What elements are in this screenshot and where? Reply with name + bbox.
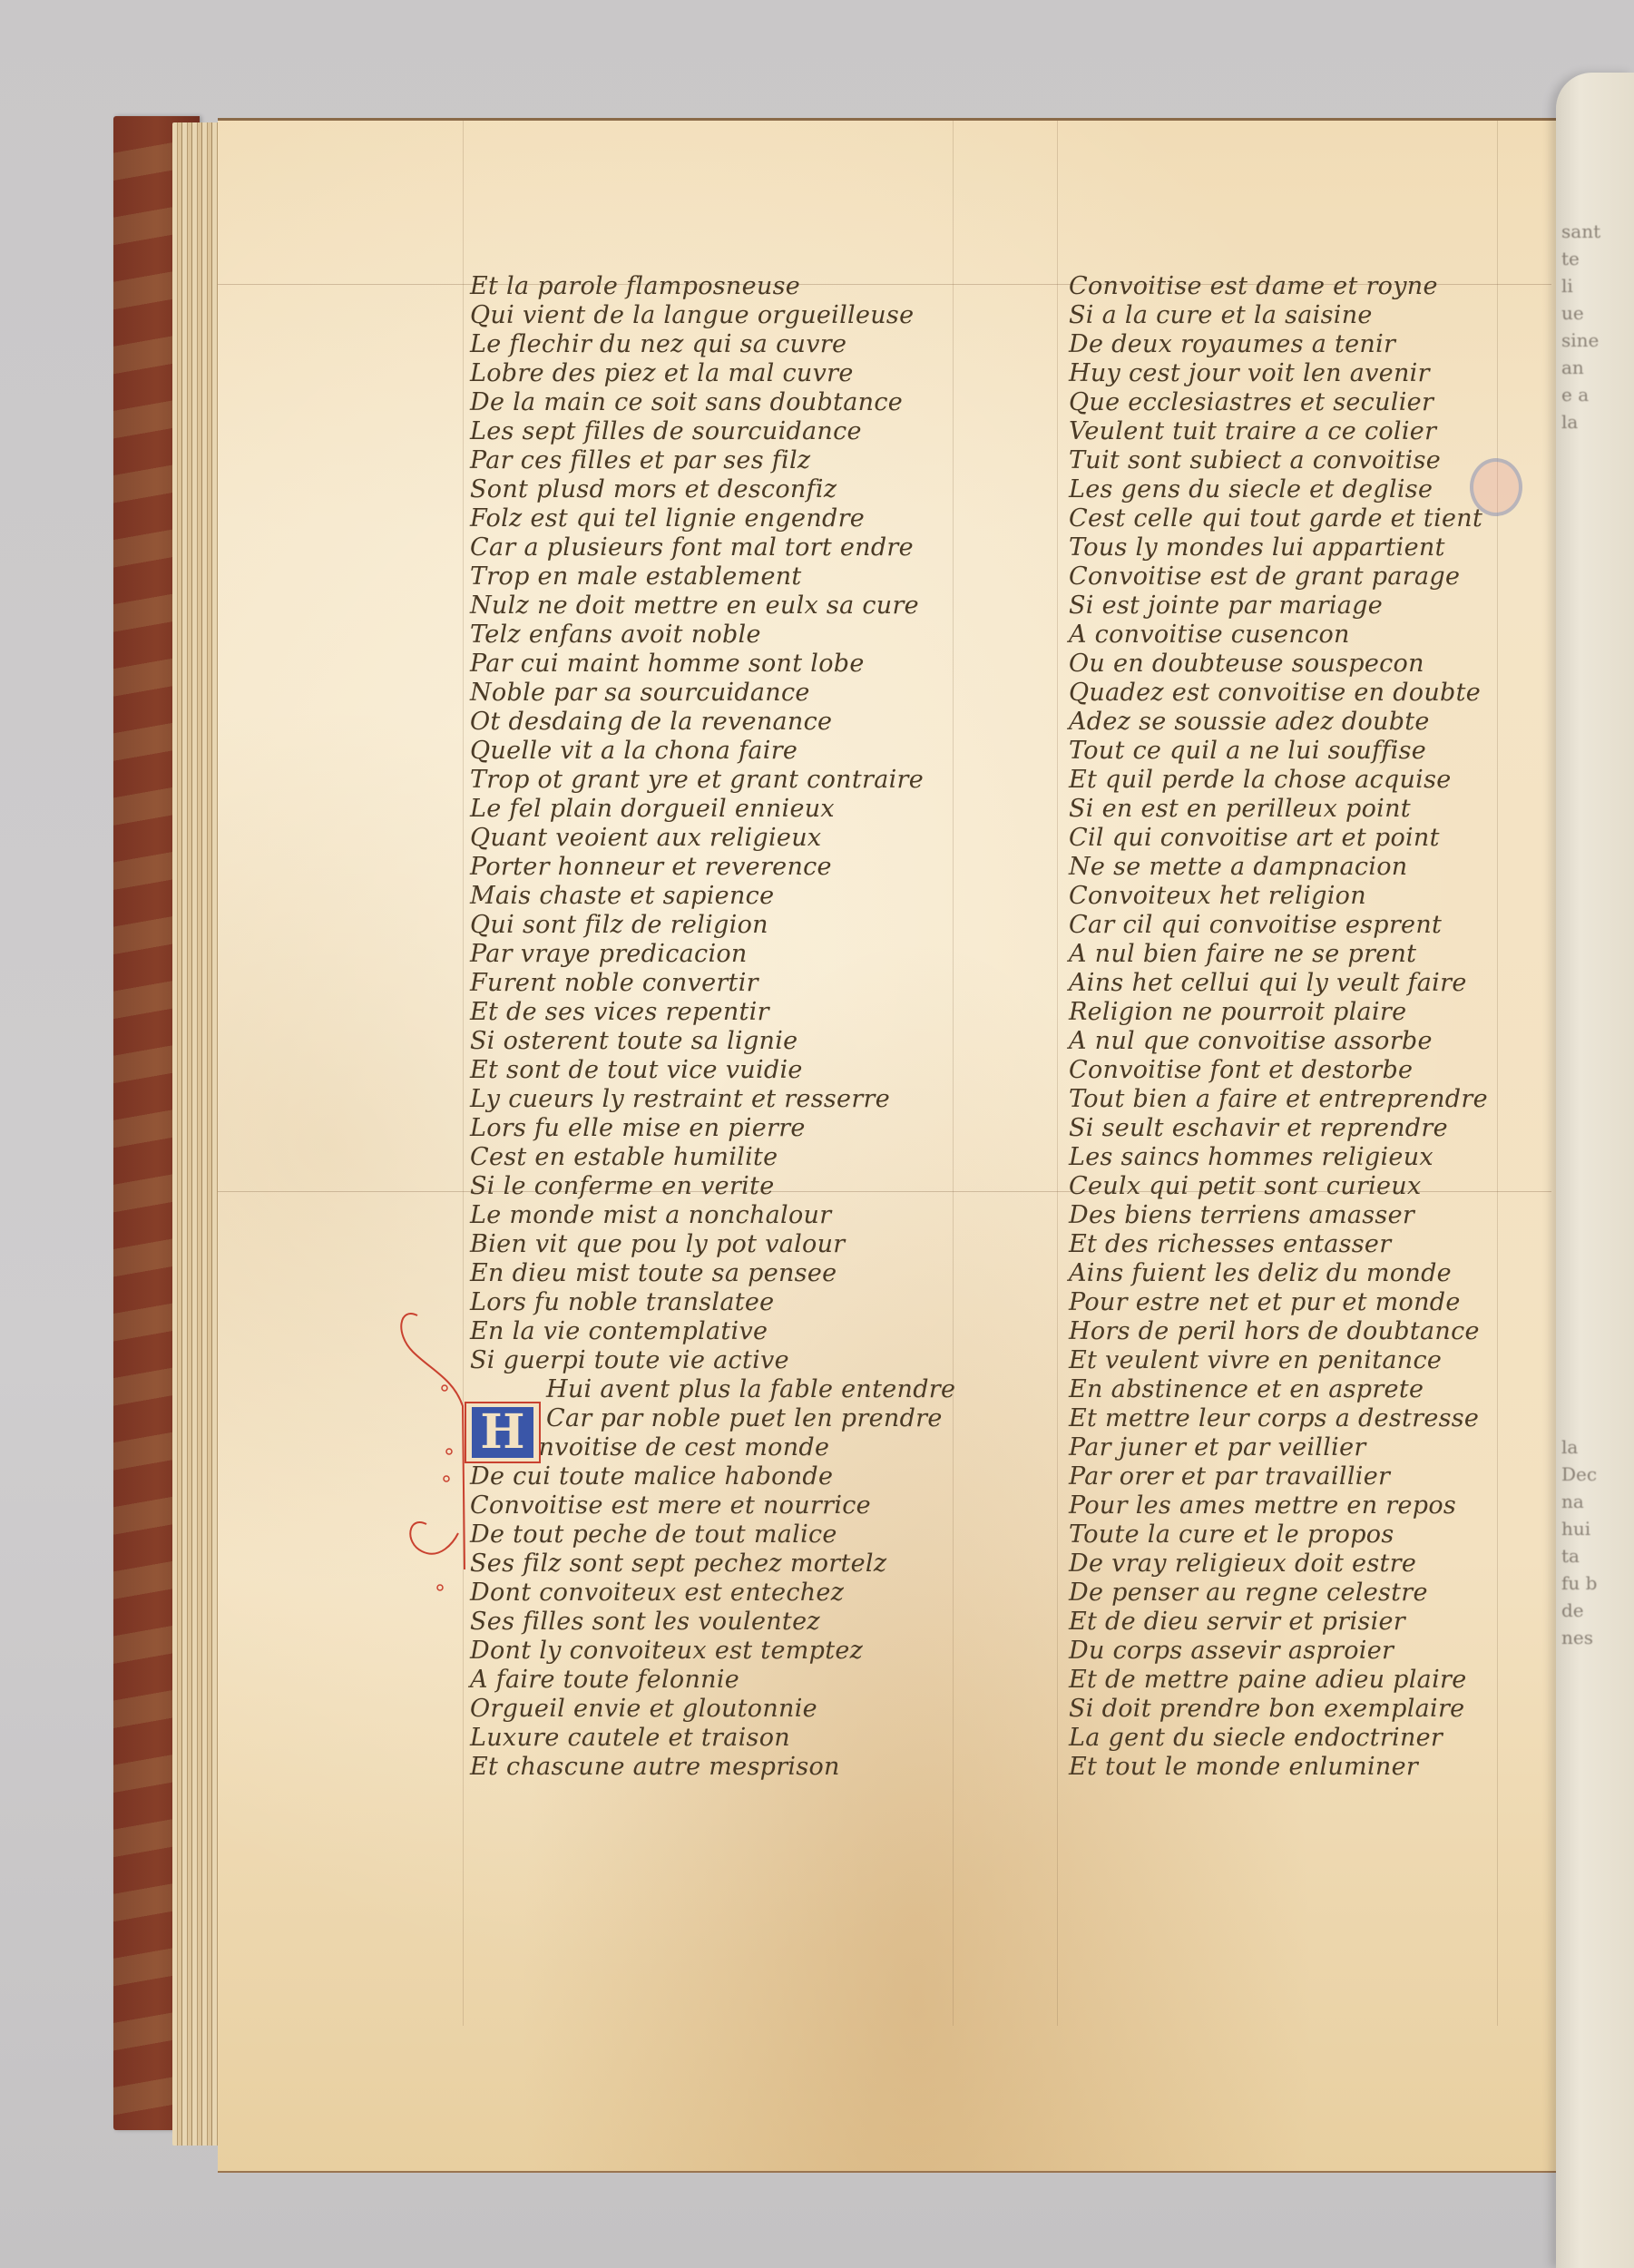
verse-line: Par orer et par travaillier [1069, 1462, 1488, 1491]
verse-line: Veulent tuit traire a ce colier [1069, 417, 1488, 446]
verse-line: Convoiteux het religion [1069, 882, 1488, 911]
verse-line: A faire toute felonnie [470, 1666, 955, 1695]
verse-line: Ains het cellui qui ly veult faire [1069, 969, 1488, 998]
verse-line: Et la parole flamposneuse [470, 272, 955, 301]
verse-line: La convoitise de cest monde [470, 1433, 955, 1462]
verse-line: De cui toute malice habonde [470, 1462, 955, 1491]
verse-line: Et mettre leur corps a destresse [1069, 1404, 1488, 1433]
verse-line: Noble par sa sourcuidance [470, 679, 955, 708]
verse-line: Et veulent vivre en penitance [1069, 1346, 1488, 1375]
verse-line: Trop en male establement [470, 562, 955, 591]
facing-page-text-lower: la Dec na hui ta fu b de nes [1561, 1433, 1634, 1651]
verse-line: Huy cest jour voit len avenir [1069, 359, 1488, 388]
verse-line: Qui vient de la langue orgueilleuse [470, 301, 955, 330]
verse-line: Religion ne pourroit plaire [1069, 998, 1488, 1027]
verse-line: Cil qui convoitise art et point [1069, 824, 1488, 853]
verse-line: Si guerpi toute vie active [470, 1346, 955, 1375]
verse-line: Tout bien a faire et entreprendre [1069, 1085, 1488, 1114]
verse-line: Ne se mette a dampnacion [1069, 853, 1488, 882]
verse-line: A nul bien faire ne se prent [1069, 940, 1488, 969]
verse-line: Lobre des piez et la mal cuvre [470, 359, 955, 388]
verse-line: Sont plusd mors et desconfiz [470, 475, 955, 504]
verse-line: Toute la cure et le propos [1069, 1520, 1488, 1549]
verse-line: Ou en doubteuse souspecon [1069, 650, 1488, 679]
verse-line: Convoitise est de grant parage [1069, 562, 1488, 591]
verse-line: Orgueil envie et gloutonnie [470, 1695, 955, 1724]
facing-page-curl: sant te li ue sine an e a la la Dec na h… [1556, 73, 1634, 2268]
verse-line: La gent du siecle endoctriner [1069, 1724, 1488, 1753]
verse-line: Dont convoiteux est entechez [470, 1579, 955, 1608]
verse-line: Et chascune autre mesprison [470, 1753, 955, 1782]
verse-line: Pour estre net et pur et monde [1069, 1288, 1488, 1317]
verse-line: Ses filz sont sept pechez mortelz [470, 1549, 955, 1579]
verse-line: Ains fuient les deliz du monde [1069, 1259, 1488, 1288]
left-text-column: Et la parole flamposneuse Qui vient de l… [470, 272, 955, 1782]
verse-line: Mais chaste et sapience [470, 882, 955, 911]
verse-line: Porter honneur et reverence [470, 853, 955, 882]
verse-line: Dont ly convoiteux est temptez [470, 1637, 955, 1666]
verse-line: Et de mettre paine adieu plaire [1069, 1666, 1488, 1695]
verse-line: Et des richesses entasser [1069, 1230, 1488, 1259]
verse-line: De penser au regne celestre [1069, 1579, 1488, 1608]
verse-line: Par ces filles et par ses filz [470, 446, 955, 475]
verse-line: Furent noble convertir [470, 969, 955, 998]
verse-line: Le flechir du nez qui sa cuvre [470, 330, 955, 359]
verse-line: Hui avent plus la fable entendre [470, 1375, 955, 1404]
verse-line: Telz enfans avoit noble [470, 621, 955, 650]
verse-line: Si le conferme en verite [470, 1172, 955, 1201]
verse-line: Tout ce quil a ne lui souffise [1069, 737, 1488, 766]
verse-line: Cest celle qui tout garde et tient [1069, 504, 1488, 533]
verse-line: Ly cueurs ly restraint et resserre [470, 1085, 955, 1114]
verse-line: Qui sont filz de religion [470, 911, 955, 940]
verse-line: Car a plusieurs font mal tort endre [470, 533, 955, 562]
verse-line: Les saincs hommes religieux [1069, 1143, 1488, 1172]
verse-line: Quelle vit a la chona faire [470, 737, 955, 766]
verse-line: Ot desdaing de la revenance [470, 708, 955, 737]
verse-line: Luxure cautele et traison [470, 1724, 955, 1753]
verse-line: Par cui maint homme sont lobe [470, 650, 955, 679]
verse-line: A convoitise cusencon [1069, 621, 1488, 650]
verse-line: Hors de peril hors de doubtance [1069, 1317, 1488, 1346]
right-text-column: Convoitise est dame et royne Si a la cur… [1069, 272, 1488, 1782]
verse-line: Ceulx qui petit sont curieux [1069, 1172, 1488, 1201]
verse-line: A nul que convoitise assorbe [1069, 1027, 1488, 1056]
verse-line: Lors fu elle mise en pierre [470, 1114, 955, 1143]
verse-line: Que ecclesiastres et seculier [1069, 388, 1488, 417]
verse-line: Bien vit que pou ly pot valour [470, 1230, 955, 1259]
ruling-line-left [463, 121, 464, 2026]
verse-line: De tout peche de tout malice [470, 1520, 955, 1549]
verse-line: Et quil perde la chose acquise [1069, 766, 1488, 795]
verse-line: Si seult eschavir et reprendre [1069, 1114, 1488, 1143]
verse-line: De deux royaumes a tenir [1069, 330, 1488, 359]
verse-line: Car par noble puet len prendre [470, 1404, 955, 1433]
verse-line: Pour les ames mettre en repos [1069, 1491, 1488, 1520]
verse-line: Tuit sont subiect a convoitise [1069, 446, 1488, 475]
pen-flourish-decoration [390, 1297, 490, 1624]
verse-line: Trop ot grant yre et grant contraire [470, 766, 955, 795]
verse-line: Si est jointe par mariage [1069, 591, 1488, 621]
verse-line: Nulz ne doit mettre en eulx sa cure [470, 591, 955, 621]
verse-line: Si doit prendre bon exemplaire [1069, 1695, 1488, 1724]
verse-line: Si a la cure et la saisine [1069, 301, 1488, 330]
ruling-line-mid-2 [1057, 121, 1058, 2026]
verse-line: Folz est qui tel lignie engendre [470, 504, 955, 533]
verse-line: Car cil qui convoitise esprent [1069, 911, 1488, 940]
verse-line: Si osterent toute sa lignie [470, 1027, 955, 1056]
verse-line: Si en est en perilleux point [1069, 795, 1488, 824]
verse-line: En dieu mist toute sa pensee [470, 1259, 955, 1288]
facing-page-text: sant te li ue sine an e a la [1561, 218, 1634, 435]
verse-line: Par vraye predicacion [470, 940, 955, 969]
verse-line: Le fel plain dorgueil ennieux [470, 795, 955, 824]
verse-line: Du corps assevir asproier [1069, 1637, 1488, 1666]
verse-line: Les sept filles de sourcuidance [470, 417, 955, 446]
verse-line: Les gens du siecle et deglise [1069, 475, 1488, 504]
verse-line: Des biens terriens amasser [1069, 1201, 1488, 1230]
verse-line: Quant veoient aux religieux [470, 824, 955, 853]
verse-line: Tous ly mondes lui appartient [1069, 533, 1488, 562]
verse-line: Convoitise est mere et nourrice [470, 1491, 955, 1520]
verse-line: Et sont de tout vice vuidie [470, 1056, 955, 1085]
verse-line: De vray religieux doit estre [1069, 1549, 1488, 1579]
ruling-line-right [1497, 121, 1498, 2026]
verse-line: Lors fu noble translatee [470, 1288, 955, 1317]
verse-line: Et de dieu servir et prisier [1069, 1608, 1488, 1637]
verse-line: Convoitise est dame et royne [1069, 272, 1488, 301]
verse-line: Adez se soussie adez doubte [1069, 708, 1488, 737]
verse-line: En abstinence et en asprete [1069, 1375, 1488, 1404]
verse-line: En la vie contemplative [470, 1317, 955, 1346]
verse-line: Quadez est convoitise en doubte [1069, 679, 1488, 708]
verse-line: Le monde mist a nonchalour [470, 1201, 955, 1230]
verse-line: De la main ce soit sans doubtance [470, 388, 955, 417]
verse-line: Par juner et par veillier [1069, 1433, 1488, 1462]
verse-line: Ses filles sont les voulentez [470, 1608, 955, 1637]
verse-line: Convoitise font et destorbe [1069, 1056, 1488, 1085]
verse-line: Et tout le monde enluminer [1069, 1753, 1488, 1782]
verse-line: Cest en estable humilite [470, 1143, 955, 1172]
verse-line: Et de ses vices repentir [470, 998, 955, 1027]
